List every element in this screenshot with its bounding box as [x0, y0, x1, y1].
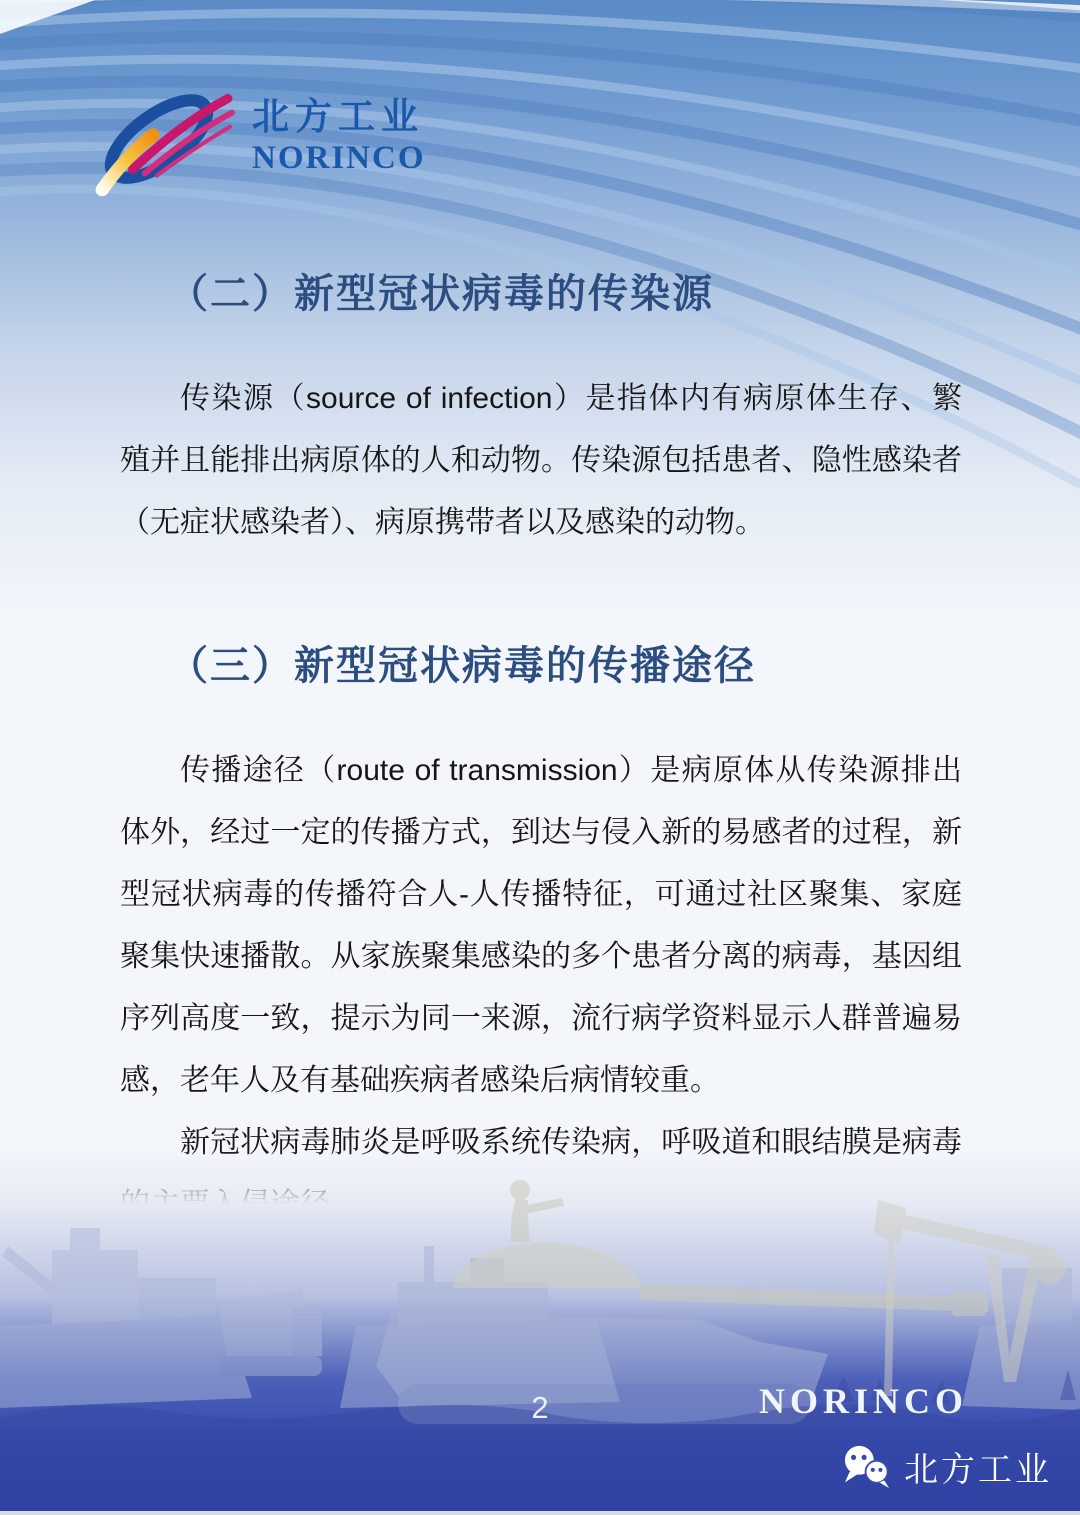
norinco-swoosh-icon [88, 76, 240, 198]
bottom-edge-line [0, 1511, 1080, 1515]
logo-company-cn: 北方工业 [252, 98, 426, 137]
section-heading-route-of-transmission: （三）新型冠状病毒的传播途径 [168, 642, 962, 690]
logo-text: 北方工业 NORINCO [252, 98, 426, 175]
footer-brand-norinco: NORINCO [759, 1380, 968, 1422]
wechat-account-row: 北方工业 [838, 1442, 1052, 1491]
norinco-logo: 北方工业 NORINCO [88, 76, 426, 198]
logo-company-en: NORINCO [252, 141, 426, 176]
bottom-decoration-band: 2 NORINCO 北方工业 [0, 1150, 1080, 1515]
document-page: 北方工业 NORINCO （二）新型冠状病毒的传染源 传染源（source of… [0, 0, 1080, 1515]
paragraph-source-of-infection: 传染源（source of infection）是指体内有病原体生存、繁殖并且能… [120, 368, 962, 554]
wechat-account-name: 北方工业 [904, 1442, 1052, 1491]
section-heading-source-of-infection: （二）新型冠状病毒的传染源 [168, 270, 962, 318]
article-content: （二）新型冠状病毒的传染源 传染源（source of infection）是指… [120, 270, 962, 1236]
wechat-icon [838, 1443, 896, 1491]
paragraph-route-of-transmission: 传播途径（route of transmission）是病原体从传染源排出体外，… [120, 740, 962, 1112]
